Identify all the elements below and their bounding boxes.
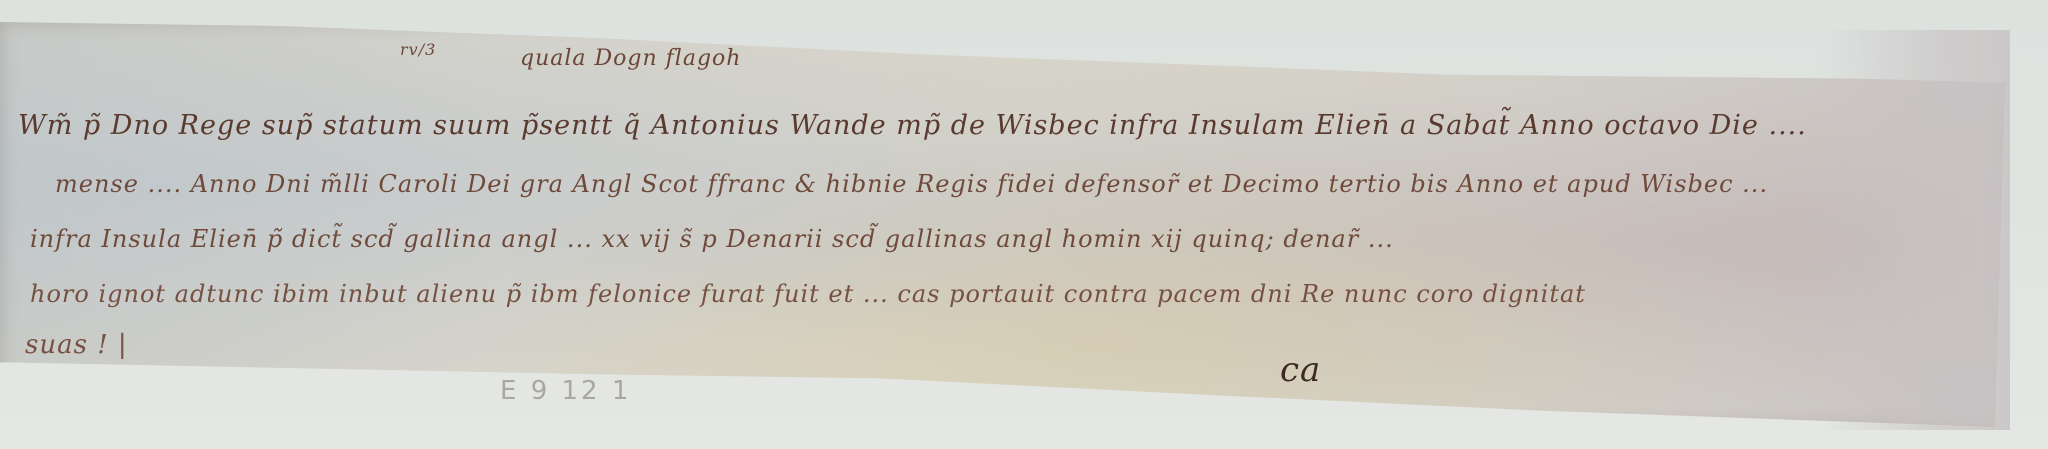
manuscript-line-1: Wm̃ p̃ Dno Rege sup̃ statum suum p̃sentt… <box>18 110 1807 141</box>
folio-mark: rv/3 <box>400 40 436 59</box>
manuscript-line-3: infra Insula Elien̄ p̃ dict̃ scd̃ gallin… <box>30 225 1394 253</box>
pencil-shelfmark: E 9 12 1 <box>500 376 631 406</box>
manuscript-line-5: suas ! | <box>25 330 128 360</box>
manuscript-line-4: horo ignot adtunc ibim inbut alienu p̃ i… <box>30 280 1586 308</box>
header-note: quala Dogn flagoh <box>520 46 741 71</box>
signature-mark: ca <box>1280 350 1321 390</box>
manuscript-line-2: mense .... Anno Dni m̃lli Caroli Dei gra… <box>55 170 1768 198</box>
